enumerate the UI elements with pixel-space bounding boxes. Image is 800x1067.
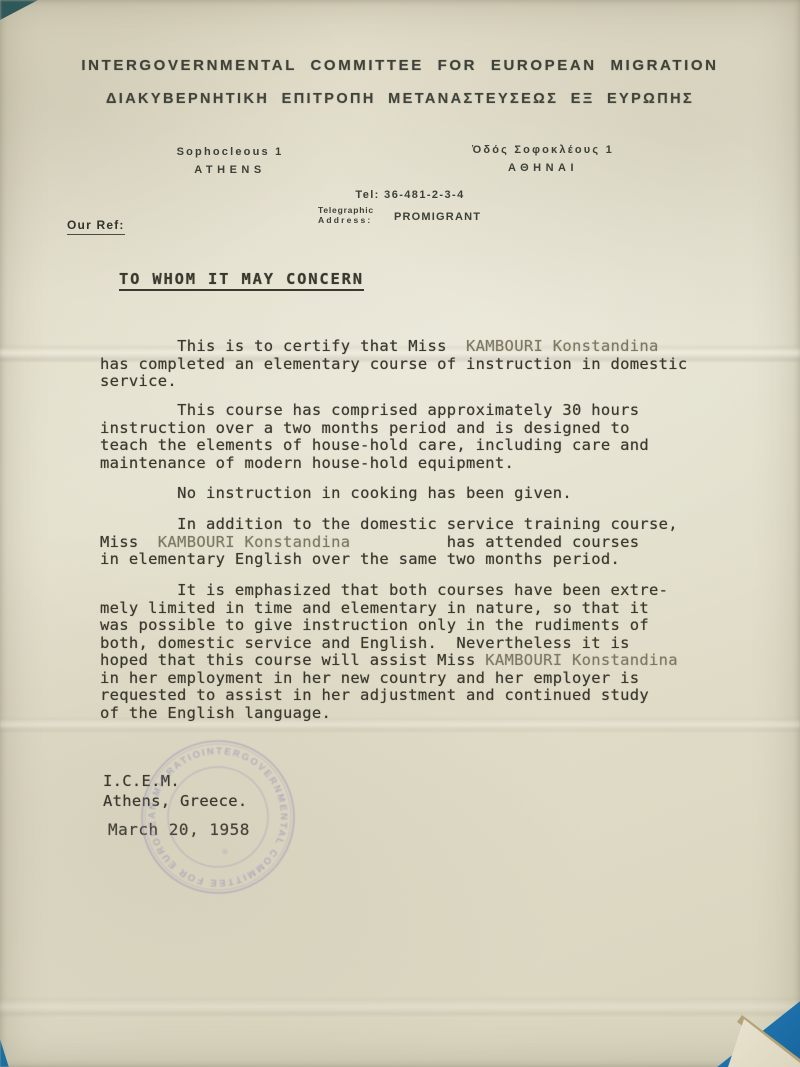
stamp-inner-mark: ✻ — [221, 846, 233, 857]
trainee-name: KAMBOURI Konstandina — [158, 533, 351, 551]
round-ink-stamp: INTERGOVERNMENTAL COMMITTEE FOR EUROPEAN… — [121, 720, 315, 914]
paragraph-text: in her employment in her new country and… — [100, 669, 649, 722]
paragraph-text: This is to certify that Miss — [100, 337, 466, 355]
paragraph-course-details: This course has comprised approximately … — [100, 402, 720, 472]
paper-fold-crease — [0, 998, 800, 1016]
trainee-name: KAMBOURI Konstandina — [466, 337, 659, 355]
subject-line: TO WHOM IT MAY CONCERN — [119, 270, 364, 291]
address-city-gr: ΑΘΗΝΑΙ — [448, 162, 638, 174]
telegraphic-address-label: Telegraphic Address: — [318, 206, 374, 225]
telegraphic-label-line2: Address: — [318, 216, 374, 226]
address-city-en: ATHENS — [150, 164, 310, 176]
telephone-line: Tel: 36-481-2-3-4 — [0, 189, 800, 201]
paragraph-emphasis: It is emphasized that both courses have … — [100, 582, 720, 722]
telegraphic-address-value: PROMIGRANT — [394, 211, 481, 223]
paragraph-certify: This is to certify that Miss KAMBOURI Ko… — [100, 338, 720, 391]
address-greek: Ὁδός Σοφοκλέους 1 ΑΘΗΝΑΙ — [448, 144, 638, 174]
trainee-name: KAMBOURI Konstandina — [485, 651, 678, 669]
address-street-en: Sophocleous 1 — [150, 146, 310, 158]
scanned-letter: INTERGOVERNMENTAL COMMITTEE FOR EUROPEAN… — [0, 0, 800, 1067]
our-ref-label: Our Ref: — [67, 218, 125, 235]
letter-paper: INTERGOVERNMENTAL COMMITTEE FOR EUROPEAN… — [0, 0, 800, 1067]
paragraph-no-cooking: No instruction in cooking has been given… — [100, 485, 720, 503]
org-name-english: INTERGOVERNMENTAL COMMITTEE FOR EUROPEAN… — [0, 57, 800, 74]
paragraph-text: has completed an elementary course of in… — [100, 355, 688, 391]
stamp-ring-text: INTERGOVERNMENTAL COMMITTEE FOR EUROPEAN… — [121, 720, 304, 906]
svg-text:INTERGOVERNMENTAL COMMITTEE FO: INTERGOVERNMENTAL COMMITTEE FOR EUROPEAN… — [121, 720, 304, 906]
paragraph-english-course: In addition to the domestic service trai… — [100, 516, 720, 569]
address-street-gr: Ὁδός Σοφοκλέους 1 — [448, 144, 638, 156]
address-english: Sophocleous 1 ATHENS — [150, 146, 310, 176]
org-name-greek: ΔΙΑΚΥΒΕΡΝΗΤΙΚΗ ΕΠΙΤΡΟΠΗ ΜΕΤΑΝΑΣΤΕΥΣΕΩΣ Ε… — [0, 91, 800, 107]
